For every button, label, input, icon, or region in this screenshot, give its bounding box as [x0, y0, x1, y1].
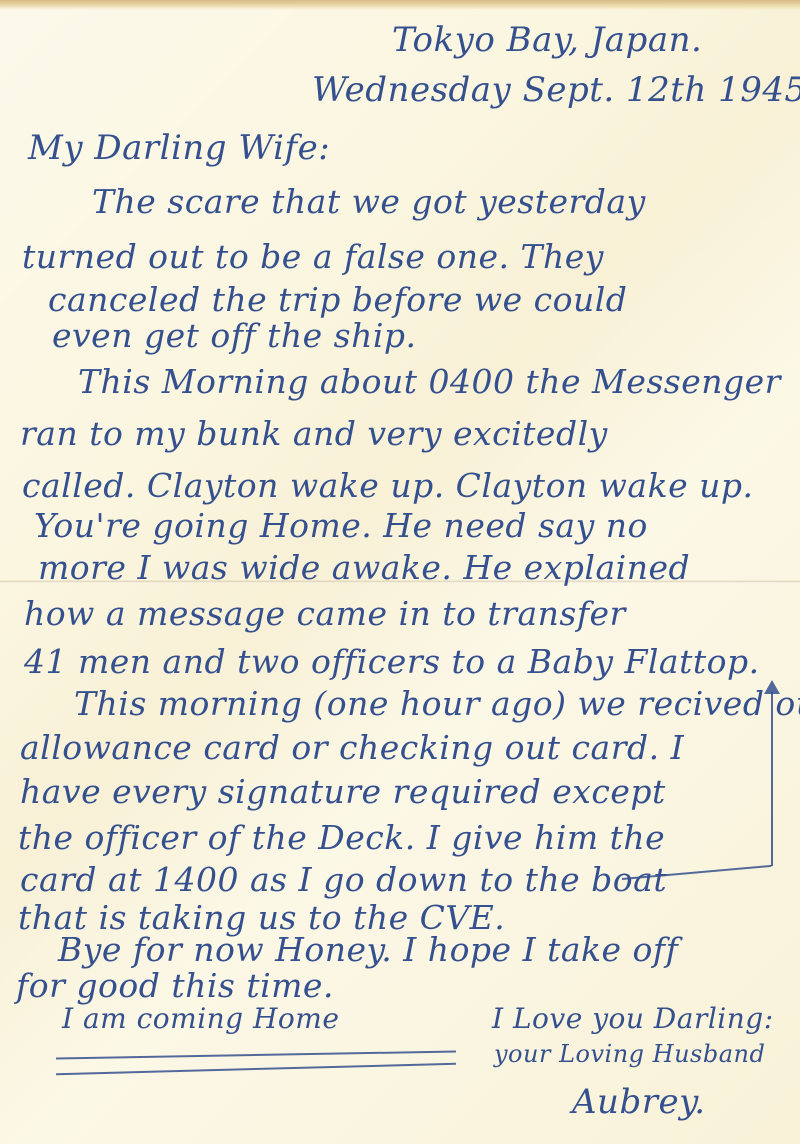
letter-location: Tokyo Bay, Japan. [392, 20, 702, 60]
body-line: This Morning about 0400 the Messenger [78, 362, 781, 401]
emphasis-line: I am coming Home [62, 1002, 339, 1035]
body-line: have every signature required except [20, 772, 666, 811]
body-line: allowance card or checking out card. I [20, 728, 684, 767]
body-line: Bye for now Honey. I hope I take off [58, 930, 678, 969]
closing-valediction: your Loving Husband [494, 1040, 765, 1068]
body-line: turned out to be a false one. They [22, 237, 604, 276]
emphasis-underline [56, 1063, 456, 1075]
body-line: canceled the trip before we could [48, 280, 627, 319]
body-line: ran to my bunk and very excitedly [20, 414, 608, 453]
body-line: card at 1400 as I go down to the boat [20, 860, 667, 899]
body-line: 41 men and two officers to a Baby Flatto… [24, 642, 760, 681]
signature: Aubrey. [572, 1082, 706, 1122]
letter-page: Tokyo Bay, Japan. Wednesday Sept. 12th 1… [0, 0, 800, 1144]
letter-date: Wednesday Sept. 12th 1945. [312, 70, 800, 110]
body-line: how a message came in to transfer [24, 594, 626, 633]
body-line: called. Clayton wake up. Clayton wake up… [22, 466, 753, 505]
body-line: more I was wide awake. He explained [38, 548, 690, 587]
body-line: You're going Home. He need say no [34, 506, 648, 545]
letter-salutation: My Darling Wife: [28, 128, 330, 168]
body-line: This morning (one hour ago) we recived o… [74, 684, 800, 723]
body-line: for good this time. [16, 966, 334, 1005]
body-line: even get off the ship. [52, 316, 417, 355]
body-line: the officer of the Deck. I give him the [18, 818, 665, 857]
emphasis-underline [56, 1051, 456, 1060]
closing-love-line: I Love you Darling: [492, 1002, 774, 1035]
body-line: The scare that we got yesterday [92, 182, 646, 221]
margin-arrow-line [771, 692, 773, 866]
paper-top-edge-stain [0, 0, 800, 10]
